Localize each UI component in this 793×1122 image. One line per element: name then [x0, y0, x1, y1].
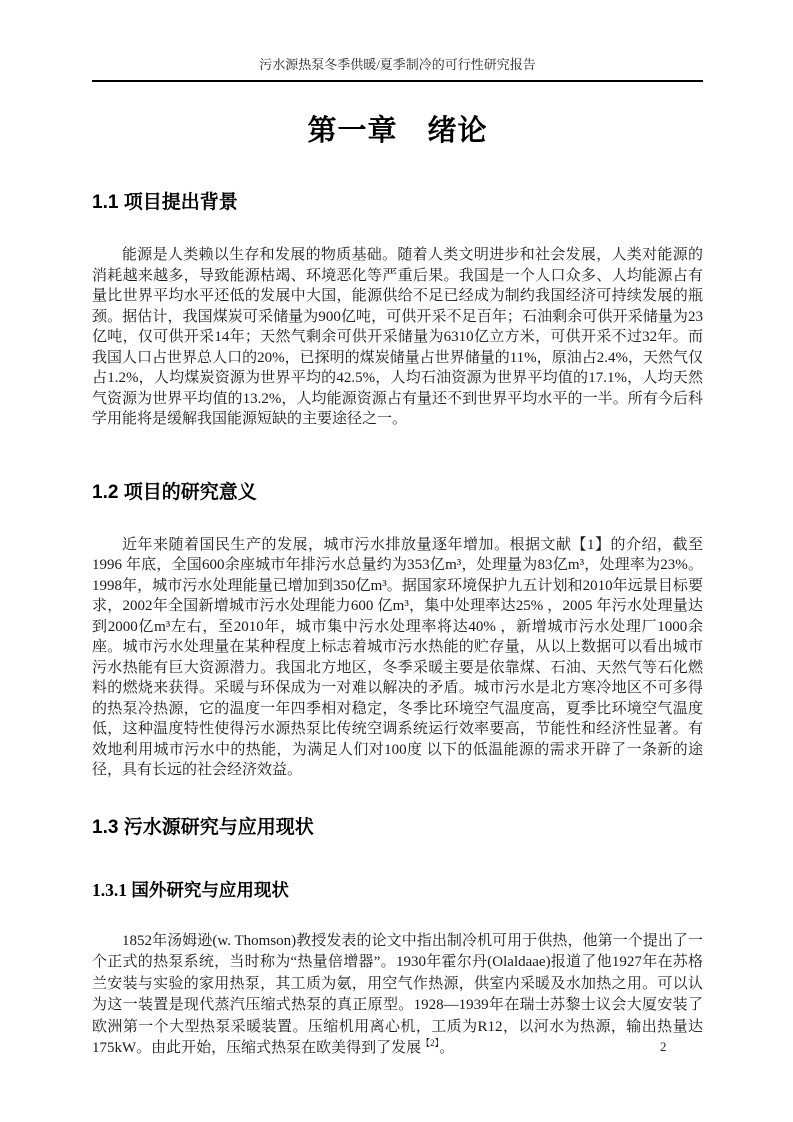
chapter-title: 第一章 绪论: [92, 108, 703, 149]
document-page: 污水源热泵冬季供暖/夏季制冷的可行性研究报告 第一章 绪论 1.1 项目提出背景…: [0, 0, 793, 1122]
section-heading-1-2: 1.2 项目的研究意义: [92, 477, 703, 504]
page-number: 2: [660, 1039, 667, 1055]
paragraph-1-3-1: 1852年汤姆逊(w. Thomson)教授发表的论文中指出制冷机可用于供热，他…: [92, 931, 703, 1060]
section-heading-1-3-1: 1.3.1 国外研究与应用现状: [92, 877, 703, 902]
paragraph-1-3-1-text: 1852年汤姆逊(w. Thomson)教授发表的论文中指出制冷机可用于供热，他…: [92, 933, 703, 1057]
paragraph-1-1: 能源是人类赖以生存和发展的物质基础。随着人类文明进步和社会发展，人类对能源的消耗…: [92, 245, 703, 430]
paragraph-1-2: 近年来随着国民生产的发展，城市污水排放量逐年增加。根据文献【1】的介绍，截至19…: [92, 535, 703, 781]
section-heading-1-1: 1.1 项目提出背景: [92, 187, 703, 214]
section-heading-1-3: 1.3 污水源研究与应用现状: [92, 812, 703, 839]
paragraph-1-3-1-period: 。: [439, 1040, 454, 1056]
running-header-title: 污水源热泵冬季供暖/夏季制冷的可行性研究报告: [259, 57, 536, 72]
running-header: 污水源热泵冬季供暖/夏季制冷的可行性研究报告: [92, 54, 703, 82]
citation-reference-2: 【2】: [421, 1038, 439, 1048]
